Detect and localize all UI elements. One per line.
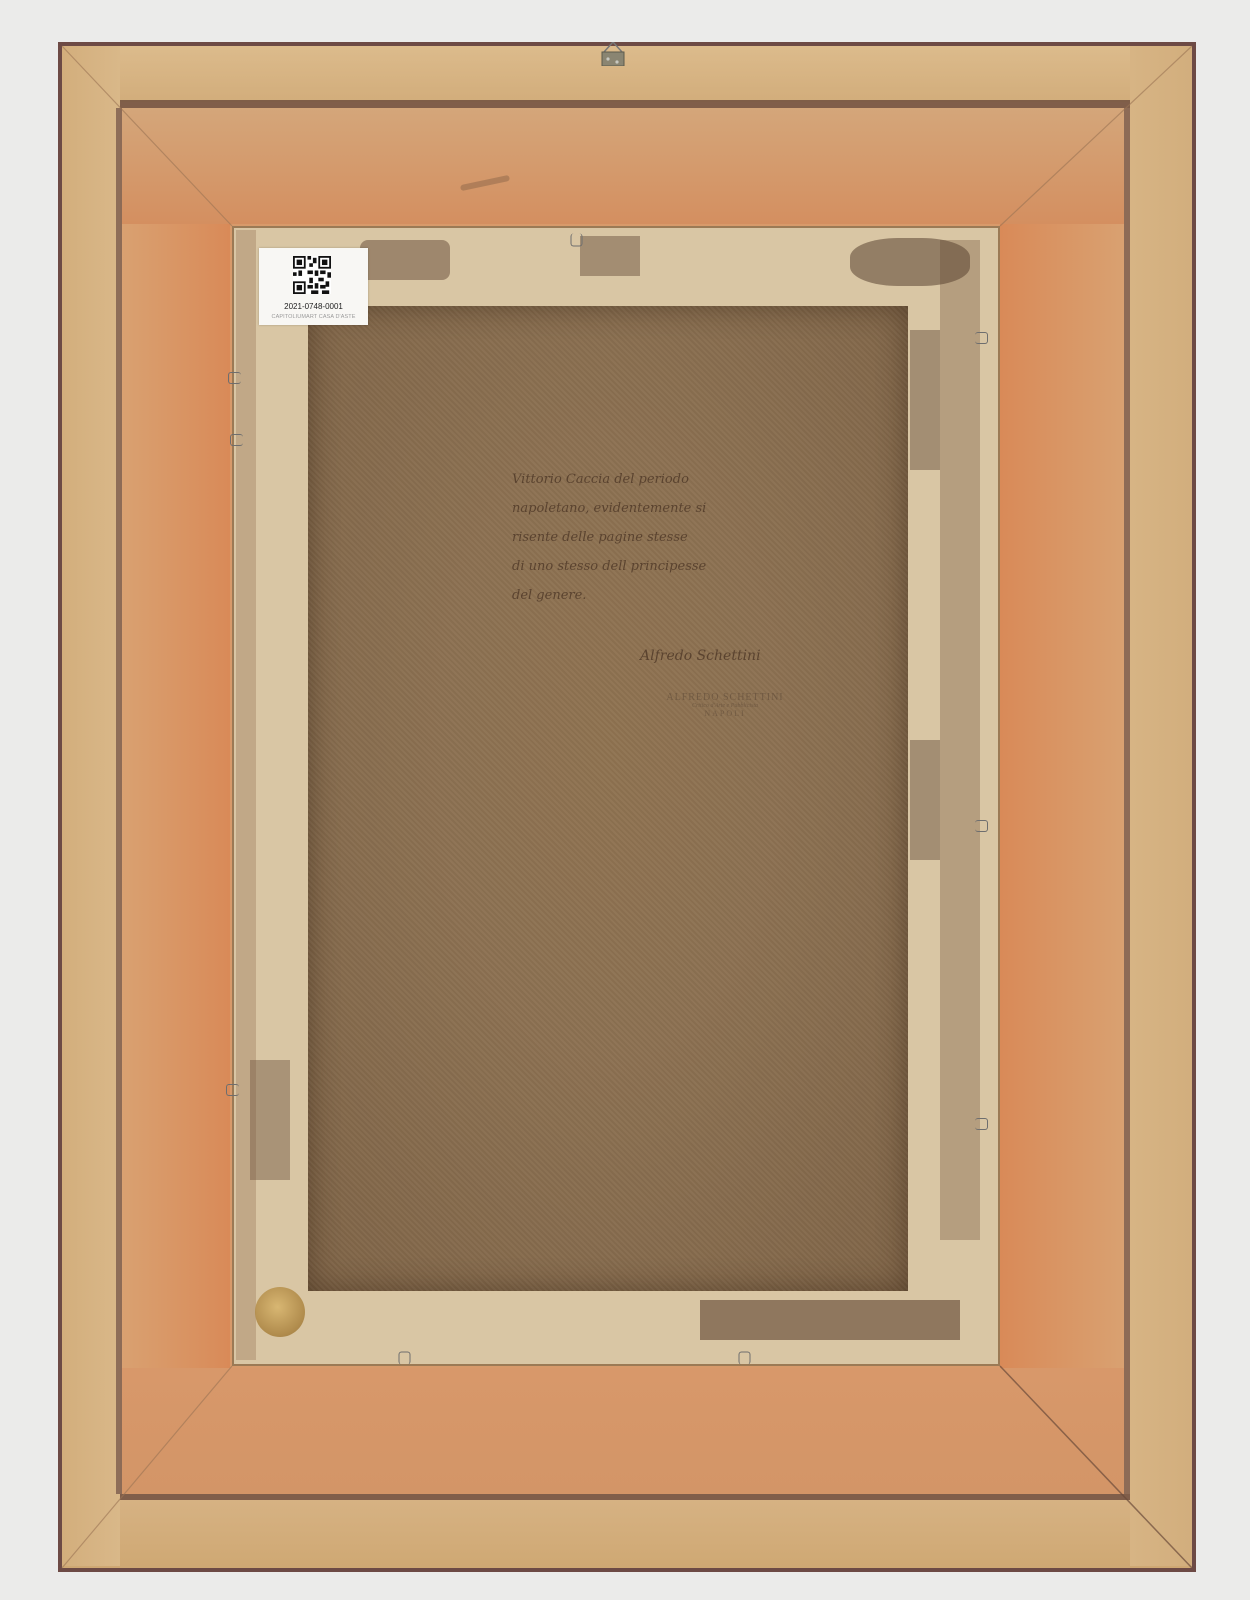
inscription-line: napoletano, evidentemente si — [512, 494, 822, 523]
inscription-line: del genere. — [512, 581, 822, 610]
qr-code-icon[interactable] — [293, 256, 331, 294]
wire-clip-icon — [571, 234, 583, 247]
inner-frame-bottom — [122, 1368, 1124, 1494]
wire-clip-icon — [228, 372, 241, 384]
stamp-city: NAPOLI — [650, 709, 800, 718]
lot-code: 2021-0748-0001 — [259, 302, 368, 311]
stretcher-stain — [580, 236, 640, 276]
signature: Alfredo Schettini — [640, 648, 761, 664]
wax-seal — [255, 1287, 305, 1337]
wire-clip-icon — [230, 434, 243, 446]
stretcher-stain — [700, 1300, 960, 1340]
outer-frame-right — [1130, 46, 1192, 1566]
frame-lip-bottom — [120, 1494, 1130, 1500]
wire-clip-icon — [399, 1352, 411, 1365]
wire-clip-icon — [975, 820, 988, 832]
frame-lip-top — [120, 100, 1130, 108]
stretcher-stain — [910, 330, 940, 470]
stretcher-stain — [360, 240, 450, 280]
inner-frame-right — [1000, 108, 1124, 1494]
auction-house-name: CAPITOLIUMART CASA D'ASTE — [259, 314, 368, 320]
wire-clip-icon — [975, 1118, 988, 1130]
ink-stamp: ALFREDO SCHETTINI Critico d'Arte e Pubbl… — [650, 692, 800, 718]
inscription-line: risente delle pagine stesse — [512, 523, 822, 552]
wire-clip-icon — [975, 332, 988, 344]
stretcher-stain — [236, 230, 256, 1360]
handwritten-inscription: Vittorio Caccia del periodo napoletano, … — [512, 465, 822, 610]
inscription-line: Vittorio Caccia del periodo — [512, 465, 822, 494]
wire-clip-icon — [226, 1084, 239, 1096]
stretcher-stain — [250, 1060, 290, 1180]
stretcher-stain — [850, 238, 970, 286]
frame-lip-left — [116, 108, 122, 1494]
outer-frame-left — [62, 46, 120, 1566]
canvas-back — [308, 306, 908, 1291]
stretcher-stain — [940, 240, 980, 1240]
outer-frame-bottom — [62, 1500, 1192, 1568]
inner-frame-top — [122, 108, 1124, 224]
stamp-name: ALFREDO SCHETTINI — [650, 692, 800, 703]
wire-clip-icon — [739, 1352, 751, 1365]
inner-frame-left — [122, 108, 230, 1494]
frame-lip-right — [1124, 108, 1130, 1494]
stretcher-stain — [910, 740, 940, 860]
inscription-line: di uno stesso dell principesse — [512, 552, 822, 581]
hanger-hook-icon — [598, 42, 628, 66]
